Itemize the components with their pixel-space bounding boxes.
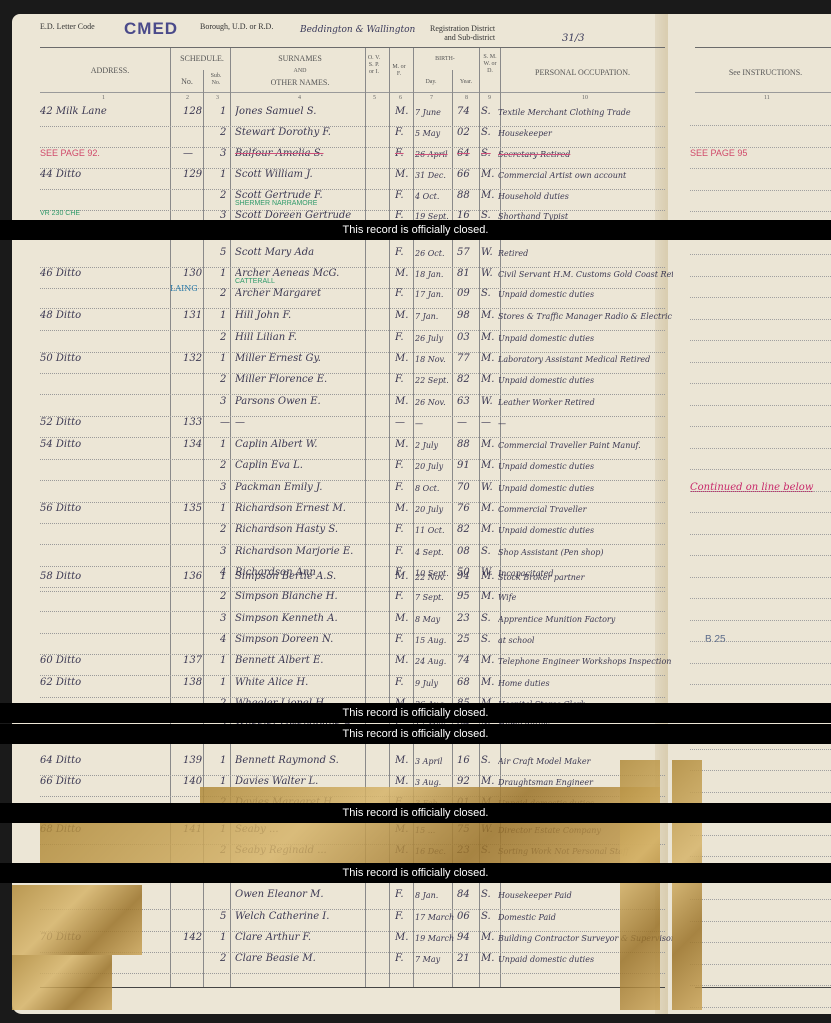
- name-cell: Archer Margaret: [235, 288, 380, 299]
- col-ovspi: O. V. S. P. or I.: [366, 55, 382, 76]
- name-cell: White Alice H.: [235, 677, 380, 688]
- col-schedule-sub: Sub. No.: [206, 73, 226, 87]
- name-cell: Simpson Bertie A.S.: [235, 571, 380, 582]
- footer-rule-right: [695, 987, 831, 988]
- name-cell: Parsons Owen E.: [235, 396, 380, 407]
- header-top-rule: [40, 47, 665, 48]
- schedule-sub-cell: 5: [220, 247, 236, 258]
- sex-cell: F.: [395, 190, 409, 201]
- sex-cell: F.: [395, 460, 409, 471]
- marital-cell: W.: [481, 268, 497, 279]
- table-row: 3Parsons Owen E.M.26 Nov.63W.Leather Wor…: [40, 394, 665, 417]
- table-row: 3Packman Emily J.F.8 Oct.70W.Unpaid dome…: [40, 480, 665, 503]
- occupation-cell: Unpaid domestic duties: [498, 484, 673, 493]
- tape-repair-overlay: [200, 787, 660, 803]
- ruled-line: [690, 770, 831, 772]
- schedule-sub-cell: 1: [220, 655, 236, 666]
- name-cell: Richardson Marjorie E.: [235, 546, 380, 557]
- birth-year-cell: 95: [457, 591, 477, 602]
- marital-cell: M.: [481, 655, 497, 666]
- ruled-line: [690, 792, 831, 794]
- col-birth: BIRTH-: [415, 55, 475, 64]
- address-cell: 66 Ditto: [40, 776, 170, 787]
- table-row: 48 Ditto1311Hill John F.M.7 Jan.98M.Stor…: [40, 308, 665, 331]
- schedule-no-cell: 138: [183, 677, 213, 688]
- occupation-cell: Commercial Traveller: [498, 505, 673, 514]
- marital-cell: M.: [481, 571, 497, 582]
- sex-cell: F.: [395, 953, 409, 964]
- ruled-line: [690, 985, 831, 987]
- birth-day-cell: 17 Jan.: [415, 290, 455, 299]
- occupation-cell: Unpaid domestic duties: [498, 376, 673, 385]
- marital-cell: M.: [481, 332, 497, 343]
- ruled-line: [690, 749, 831, 751]
- occupation-cell: Unpaid domestic duties: [498, 290, 673, 299]
- schedule-no-cell: 136: [183, 571, 213, 582]
- table-row: 64 Ditto1391Bennett Raymond S.M.3 April1…: [40, 753, 665, 776]
- name-cell: Miller Ernest Gy.: [235, 353, 380, 364]
- marital-cell: W.: [481, 396, 497, 407]
- closed-record-banner: This record is officially closed.: [0, 863, 831, 883]
- schedule-sub-cell: 1: [220, 932, 236, 943]
- schedule-sub-cell: 1: [220, 310, 236, 321]
- occupation-cell: Home duties: [498, 679, 673, 688]
- address-cell: 58 Ditto: [40, 571, 170, 582]
- sex-cell: F.: [395, 374, 409, 385]
- marital-cell: S.: [481, 127, 497, 138]
- schedule-no-cell: 140: [183, 776, 213, 787]
- sex-cell: —: [395, 417, 409, 428]
- name-annotation: CATTERALL: [235, 278, 275, 285]
- name-cell: Scott Mary Ada: [235, 247, 380, 258]
- col-surnames-2: AND: [240, 67, 360, 76]
- birth-day-cell: 8 Jan.: [415, 891, 455, 900]
- name-cell: Jones Samuel S.: [235, 106, 380, 117]
- instructions-note: SEE PAGE 95: [690, 148, 747, 158]
- birth-day-cell: 9 July: [415, 679, 455, 688]
- marital-cell: S.: [481, 106, 497, 117]
- birth-year-cell: 76: [457, 503, 477, 514]
- col-instructions: See INSTRUCTIONS.: [700, 68, 831, 77]
- occupation-cell: Shop Assistant (Pen shop): [498, 548, 673, 557]
- ruled-line: [690, 168, 831, 170]
- sex-cell: M.: [395, 932, 409, 943]
- name-cell: Caplin Eva L.: [235, 460, 380, 471]
- ruled-line: [690, 190, 831, 192]
- marital-cell: M.: [481, 677, 497, 688]
- name-cell: Davies Walter L.: [235, 776, 380, 787]
- col-address: ADDRESS.: [60, 66, 160, 75]
- name-cell: Clare Beasie M.: [235, 953, 380, 964]
- sex-cell: M.: [395, 169, 409, 180]
- schedule-sub-cell: —: [220, 417, 236, 428]
- birth-day-cell: 17 March: [415, 913, 455, 922]
- occupation-cell: Household duties: [498, 192, 673, 201]
- occupation-cell: Leather Worker Retired: [498, 398, 673, 407]
- ruled-line: [690, 319, 831, 321]
- marital-cell: M.: [481, 374, 497, 385]
- birth-year-cell: 88: [457, 190, 477, 201]
- birth-year-cell: 77: [457, 353, 477, 364]
- marital-cell: M.: [481, 932, 497, 943]
- birth-day-cell: 8 May: [415, 615, 455, 624]
- sex-cell: M.: [395, 755, 409, 766]
- ruled-line: [690, 254, 831, 256]
- ruled-line: [690, 598, 831, 600]
- occupation-cell: Commercial Traveller Paint Manuf.: [498, 441, 673, 450]
- reg-label-1: Registration District: [430, 24, 495, 33]
- name-cell: Owen Eleanor M.: [235, 889, 380, 900]
- ed-letter-code: CMED: [124, 19, 178, 39]
- address-cell: 54 Ditto: [40, 439, 170, 450]
- colnum-7: 7: [430, 95, 433, 101]
- schedule-sub-cell: 1: [220, 106, 236, 117]
- birth-day-cell: 20 July: [415, 462, 455, 471]
- schedule-no-cell: 133: [183, 417, 213, 428]
- table-row: 54 Ditto1341Caplin Albert W.M.2 July88M.…: [40, 437, 665, 460]
- name-annotation: SHERMER NARRAMORE: [235, 200, 317, 207]
- name-cell: Stewart Dorothy F.: [235, 127, 380, 138]
- ruled-line: [690, 469, 831, 471]
- colnum-10: 10: [582, 95, 588, 101]
- sex-cell: F.: [395, 247, 409, 258]
- sex-cell: F.: [395, 677, 409, 688]
- table-row: 52 Ditto133———————: [40, 415, 665, 438]
- colnum-9: 9: [488, 95, 491, 101]
- birth-day-cell: 31 Dec.: [415, 171, 455, 180]
- tape-repair-overlay: [12, 885, 142, 955]
- table-row: 42 Milk Lane1281Jones Samuel S.M.7 June7…: [40, 104, 665, 127]
- address-cell: VR 230 CHE: [40, 210, 170, 217]
- birth-day-cell: —: [415, 419, 455, 428]
- schedule-no-cell: 139: [183, 755, 213, 766]
- sex-cell: M.: [395, 776, 409, 787]
- table-row: 2Simpson Blanche H.F.7 Sept.95M.Wife: [40, 589, 665, 612]
- address-cell: 62 Ditto: [40, 677, 170, 688]
- schedule-sub-cell: 1: [220, 677, 236, 688]
- table-row: 2Richardson Hasty S.F.11 Oct.82M.Unpaid …: [40, 522, 665, 545]
- table-row: 2Miller Florence E.F.22 Sept.82M.Unpaid …: [40, 372, 665, 395]
- marital-cell: M.: [481, 190, 497, 201]
- birth-day-cell: 15 Aug.: [415, 636, 455, 645]
- colnum-8: 8: [465, 95, 468, 101]
- birth-day-cell: 18 Jan.: [415, 270, 455, 279]
- schedule-no-cell: 131: [183, 310, 213, 321]
- birth-year-cell: 92: [457, 776, 477, 787]
- sub-district-value: 31/3: [562, 33, 584, 44]
- borough-label: Borough, U.D. or R.D.: [200, 22, 273, 31]
- marital-cell: M.: [481, 591, 497, 602]
- birth-year-cell: 03: [457, 332, 477, 343]
- marital-cell: W.: [481, 482, 497, 493]
- schedule-no-cell: 128: [183, 106, 213, 117]
- closed-record-banner: This record is officially closed.: [0, 803, 831, 823]
- sex-cell: M.: [395, 503, 409, 514]
- address-cell: 64 Ditto: [40, 755, 170, 766]
- sex-cell: F.: [395, 634, 409, 645]
- occupation-cell: Apprentice Munition Factory: [498, 615, 673, 624]
- address-cell: 44 Ditto: [40, 169, 170, 180]
- ruled-line: [690, 362, 831, 364]
- footer-rule: [40, 987, 665, 988]
- birth-day-cell: 7 June: [415, 108, 455, 117]
- table-row: 2Stewart Dorothy F.F.5 May02S.Housekeepe…: [40, 125, 665, 148]
- ruled-line: [690, 534, 831, 536]
- name-cell: Bennett Albert E.: [235, 655, 380, 666]
- birth-day-cell: 19 March: [415, 934, 455, 943]
- name-cell: Caplin Albert W.: [235, 439, 380, 450]
- colnum-6: 6: [399, 95, 402, 101]
- ruled-line: [690, 899, 831, 901]
- address-cell: 50 Ditto: [40, 353, 170, 364]
- ruled-line: [690, 1007, 831, 1009]
- name-cell: Bennett Raymond S.: [235, 755, 380, 766]
- birth-day-cell: 26 July: [415, 334, 455, 343]
- sex-cell: M.: [395, 613, 409, 624]
- marital-cell: S.: [481, 889, 497, 900]
- birth-year-cell: 02: [457, 127, 477, 138]
- tape-repair-overlay: [620, 760, 660, 1010]
- ruled-line: [690, 383, 831, 385]
- birth-year-cell: 88: [457, 439, 477, 450]
- birth-day-cell: 2 July: [415, 441, 455, 450]
- col-schedule: SCHEDULE.: [172, 54, 232, 63]
- birth-year-cell: 94: [457, 571, 477, 582]
- schedule-sub-cell: 2: [220, 374, 236, 385]
- birth-year-cell: 81: [457, 268, 477, 279]
- sex-cell: F.: [395, 482, 409, 493]
- ruled-line: [690, 491, 831, 493]
- address-cell: 48 Ditto: [40, 310, 170, 321]
- schedule-no-cell: 137: [183, 655, 213, 666]
- table-row: 4Simpson Doreen N.F.15 Aug.25S.at school: [40, 632, 665, 655]
- name-cell: Balfour Amelia S.: [235, 148, 380, 159]
- address-annotation: LAING: [170, 284, 198, 293]
- name-cell: Richardson Ernest M.: [235, 503, 380, 514]
- ruled-line: [690, 448, 831, 450]
- address-cell: 46 Ditto: [40, 268, 170, 279]
- marital-cell: M.: [481, 310, 497, 321]
- birth-year-cell: 70: [457, 482, 477, 493]
- table-row: 44 Ditto1291Scott William J.M.31 Dec.66M…: [40, 167, 665, 190]
- col-surnames-1: SURNAMES: [240, 54, 360, 63]
- ruled-line: [690, 147, 831, 149]
- schedule-sub-cell: 3: [220, 148, 236, 159]
- table-row: SEE PAGE 92.—3Balfour Amelia S.F.26 Apri…: [40, 146, 665, 169]
- birth-year-cell: 68: [457, 677, 477, 688]
- schedule-sub-cell: 1: [220, 353, 236, 364]
- occupation-cell: Retired: [498, 249, 673, 258]
- closed-record-banner: This record is officially closed.: [0, 703, 831, 723]
- birth-year-cell: 84: [457, 889, 477, 900]
- occupation-cell: —: [498, 419, 673, 428]
- colnum-4: 4: [298, 95, 301, 101]
- marital-cell: M.: [481, 460, 497, 471]
- birth-day-cell: 20 July: [415, 505, 455, 514]
- header-bottom-rule-right: [695, 92, 831, 93]
- schedule-sub-cell: 1: [220, 776, 236, 787]
- address-cell: 60 Ditto: [40, 655, 170, 666]
- ruled-line: [690, 211, 831, 213]
- schedule-sub-cell: 2: [220, 524, 236, 535]
- col-day: Day.: [415, 78, 447, 87]
- occupation-cell: Unpaid domestic duties: [498, 462, 673, 471]
- birth-day-cell: 7 Sept.: [415, 593, 455, 602]
- birth-day-cell: 11 Oct.: [415, 526, 455, 535]
- birth-year-cell: 74: [457, 106, 477, 117]
- birth-day-cell: 24 Aug.: [415, 657, 455, 666]
- schedule-sub-cell: 2: [220, 591, 236, 602]
- sex-cell: M.: [395, 571, 409, 582]
- name-cell: Welch Catherine I.: [235, 911, 380, 922]
- birth-year-cell: 98: [457, 310, 477, 321]
- schedule-sub-cell: 1: [220, 755, 236, 766]
- schedule-sub-cell: 1: [220, 439, 236, 450]
- closed-record-banner: This record is officially closed.: [0, 724, 831, 744]
- birth-day-cell: 26 Oct.: [415, 249, 455, 258]
- birth-day-cell: 26 April: [415, 150, 455, 159]
- schedule-sub-cell: 1: [220, 503, 236, 514]
- name-cell: Packman Emily J.: [235, 482, 380, 493]
- table-row: 60 Ditto1371Bennett Albert E.M.24 Aug.74…: [40, 653, 665, 676]
- instructions-note: B 25: [705, 634, 726, 645]
- birth-day-cell: 7 May: [415, 955, 455, 964]
- name-cell: Richardson Hasty S.: [235, 524, 380, 535]
- ruled-line: [690, 663, 831, 665]
- ruled-line: [690, 555, 831, 557]
- name-cell: Simpson Doreen N.: [235, 634, 380, 645]
- sex-cell: M.: [395, 268, 409, 279]
- table-row: 5Scott Mary AdaF.26 Oct.57W.Retired: [40, 245, 665, 268]
- schedule-sub-cell: 3: [220, 546, 236, 557]
- birth-year-cell: 82: [457, 524, 477, 535]
- birth-day-cell: 3 April: [415, 757, 455, 766]
- sex-cell: F.: [395, 288, 409, 299]
- marital-cell: S.: [481, 546, 497, 557]
- ruled-line: [690, 641, 831, 643]
- schedule-sub-cell: 1: [220, 268, 236, 279]
- schedule-sub-cell: 2: [220, 190, 236, 201]
- name-cell: —: [235, 417, 380, 428]
- name-cell: Simpson Blanche H.: [235, 591, 380, 602]
- borough-value: Beddington & Wallington: [300, 25, 415, 35]
- ed-code-label: E.D. Letter Code: [40, 22, 95, 31]
- name-cell: Hill Lilian F.: [235, 332, 380, 343]
- table-row: 2Caplin Eva L.F.20 July91M.Unpaid domest…: [40, 458, 665, 481]
- occupation-cell: Telephone Engineer Workshops Inspection …: [498, 657, 673, 666]
- birth-year-cell: 64: [457, 148, 477, 159]
- occupation-cell: Commercial Artist own account: [498, 171, 673, 180]
- occupation-cell: Stock Broker partner: [498, 573, 673, 582]
- colnum-1: 1: [102, 95, 105, 101]
- marital-cell: M.: [481, 169, 497, 180]
- sex-cell: F.: [395, 127, 409, 138]
- occupation-cell: Civil Servant H.M. Customs Gold Coast Re…: [498, 270, 673, 279]
- birth-year-cell: 94: [457, 932, 477, 943]
- schedule-no-cell: 132: [183, 353, 213, 364]
- ruled-line: [690, 125, 831, 127]
- marital-cell: S.: [481, 755, 497, 766]
- closed-record-banner: This record is officially closed.: [0, 220, 831, 240]
- address-cell: 56 Ditto: [40, 503, 170, 514]
- schedule-sub-cell: 3: [220, 482, 236, 493]
- birth-day-cell: 4 Oct.: [415, 192, 455, 201]
- tape-repair-overlay: [672, 760, 702, 1010]
- table-row: 2Hill Lilian F.F.26 July03M.Unpaid domes…: [40, 330, 665, 353]
- ruled-line: [690, 512, 831, 514]
- birth-year-cell: 23: [457, 613, 477, 624]
- birth-year-cell: 63: [457, 396, 477, 407]
- ruled-line: [690, 835, 831, 837]
- marital-cell: —: [481, 417, 497, 428]
- col-sex: M. or F.: [391, 64, 407, 78]
- sex-cell: F.: [395, 546, 409, 557]
- occupation-cell: Secretary Retired: [498, 150, 673, 159]
- sex-cell: M.: [395, 439, 409, 450]
- birth-year-cell: 57: [457, 247, 477, 258]
- schedule-sub-cell: 2: [220, 127, 236, 138]
- name-cell: Hill John F.: [235, 310, 380, 321]
- occupation-cell: Laboratory Assistant Medical Retired: [498, 355, 673, 364]
- ruled-line: [690, 964, 831, 966]
- marital-cell: S.: [481, 613, 497, 624]
- ruled-line: [690, 340, 831, 342]
- occupation-cell: Unpaid domestic duties: [498, 334, 673, 343]
- schedule-sub-cell: 2: [220, 288, 236, 299]
- sex-cell: F.: [395, 148, 409, 159]
- address-cell: SEE PAGE 92.: [40, 148, 170, 158]
- birth-year-cell: 25: [457, 634, 477, 645]
- table-row: 2Archer MargaretF.17 Jan.09S.Unpaid dome…: [40, 286, 665, 309]
- sex-cell: F.: [395, 524, 409, 535]
- table-row: 56 Ditto1351Richardson Ernest M.M.20 Jul…: [40, 501, 665, 524]
- birth-day-cell: 22 Sept.: [415, 376, 455, 385]
- sex-cell: F.: [395, 591, 409, 602]
- ruled-line: [690, 577, 831, 579]
- schedule-no-cell: 129: [183, 169, 213, 180]
- occupation-cell: Textile Merchant Clothing Trade: [498, 108, 673, 117]
- schedule-sub-cell: 1: [220, 169, 236, 180]
- occupation-cell: Housekeeper: [498, 129, 673, 138]
- marital-cell: M.: [481, 439, 497, 450]
- birth-year-cell: 74: [457, 655, 477, 666]
- sex-cell: M.: [395, 106, 409, 117]
- marital-cell: S.: [481, 911, 497, 922]
- ruled-line: [690, 405, 831, 407]
- ruled-line: [690, 297, 831, 299]
- schedule-sub-cell: 3: [220, 613, 236, 624]
- marital-cell: S.: [481, 288, 497, 299]
- marital-cell: S.: [481, 148, 497, 159]
- schedule-sub-cell: 5: [220, 911, 236, 922]
- col-marital: S. M. W. or D.: [483, 54, 497, 75]
- occupation-cell: Unpaid domestic duties: [498, 526, 673, 535]
- registration-district-label: Registration District and Sub-district: [430, 24, 495, 42]
- address-cell: 42 Milk Lane: [40, 106, 170, 117]
- birth-year-cell: 21: [457, 953, 477, 964]
- marital-cell: M.: [481, 524, 497, 535]
- name-cell: Simpson Kenneth A.: [235, 613, 380, 624]
- birth-day-cell: 7 Jan.: [415, 312, 455, 321]
- ruled-line: [690, 276, 831, 278]
- schedule-no-cell: 142: [183, 932, 213, 943]
- occupation-cell: at school: [498, 636, 673, 645]
- colnum-3: 3: [216, 95, 219, 101]
- ruled-line: [690, 921, 831, 923]
- sex-cell: M.: [395, 396, 409, 407]
- birth-year-cell: 66: [457, 169, 477, 180]
- birth-year-cell: 82: [457, 374, 477, 385]
